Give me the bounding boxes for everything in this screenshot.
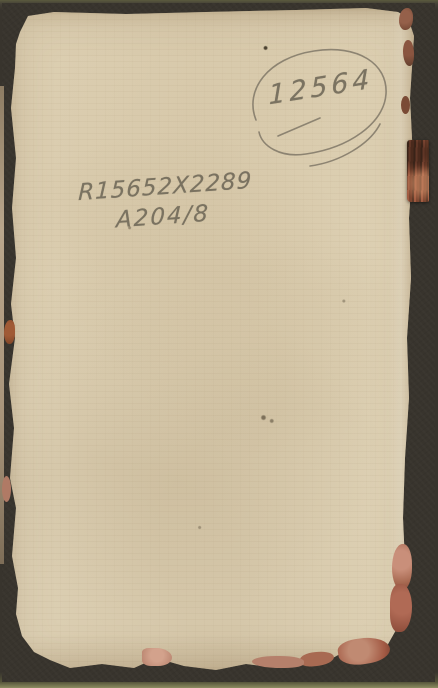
- leather-fleck-left-1: [4, 320, 15, 344]
- pencil-oval-icon: [226, 42, 396, 170]
- aged-paper-leaf: 12564 R15652X2289 A204/8: [6, 8, 418, 674]
- leather-fragment-bottom-edge-2: [252, 656, 304, 668]
- circled-number-annotation: 12564: [226, 42, 396, 170]
- spine-fragment-upper-right: [407, 140, 429, 202]
- reference-number-line1: R15652X2289: [78, 168, 253, 206]
- scanned-document: 12564 R15652X2289 A204/8: [0, 0, 438, 688]
- leather-fragment-top-right-2: [403, 40, 414, 66]
- leather-fragment-top-right-3: [401, 96, 410, 114]
- leather-fleck-left-2: [2, 476, 11, 502]
- leather-fragment-bottom-edge-1: [142, 648, 172, 666]
- reference-number-line2: A204/8: [116, 201, 211, 234]
